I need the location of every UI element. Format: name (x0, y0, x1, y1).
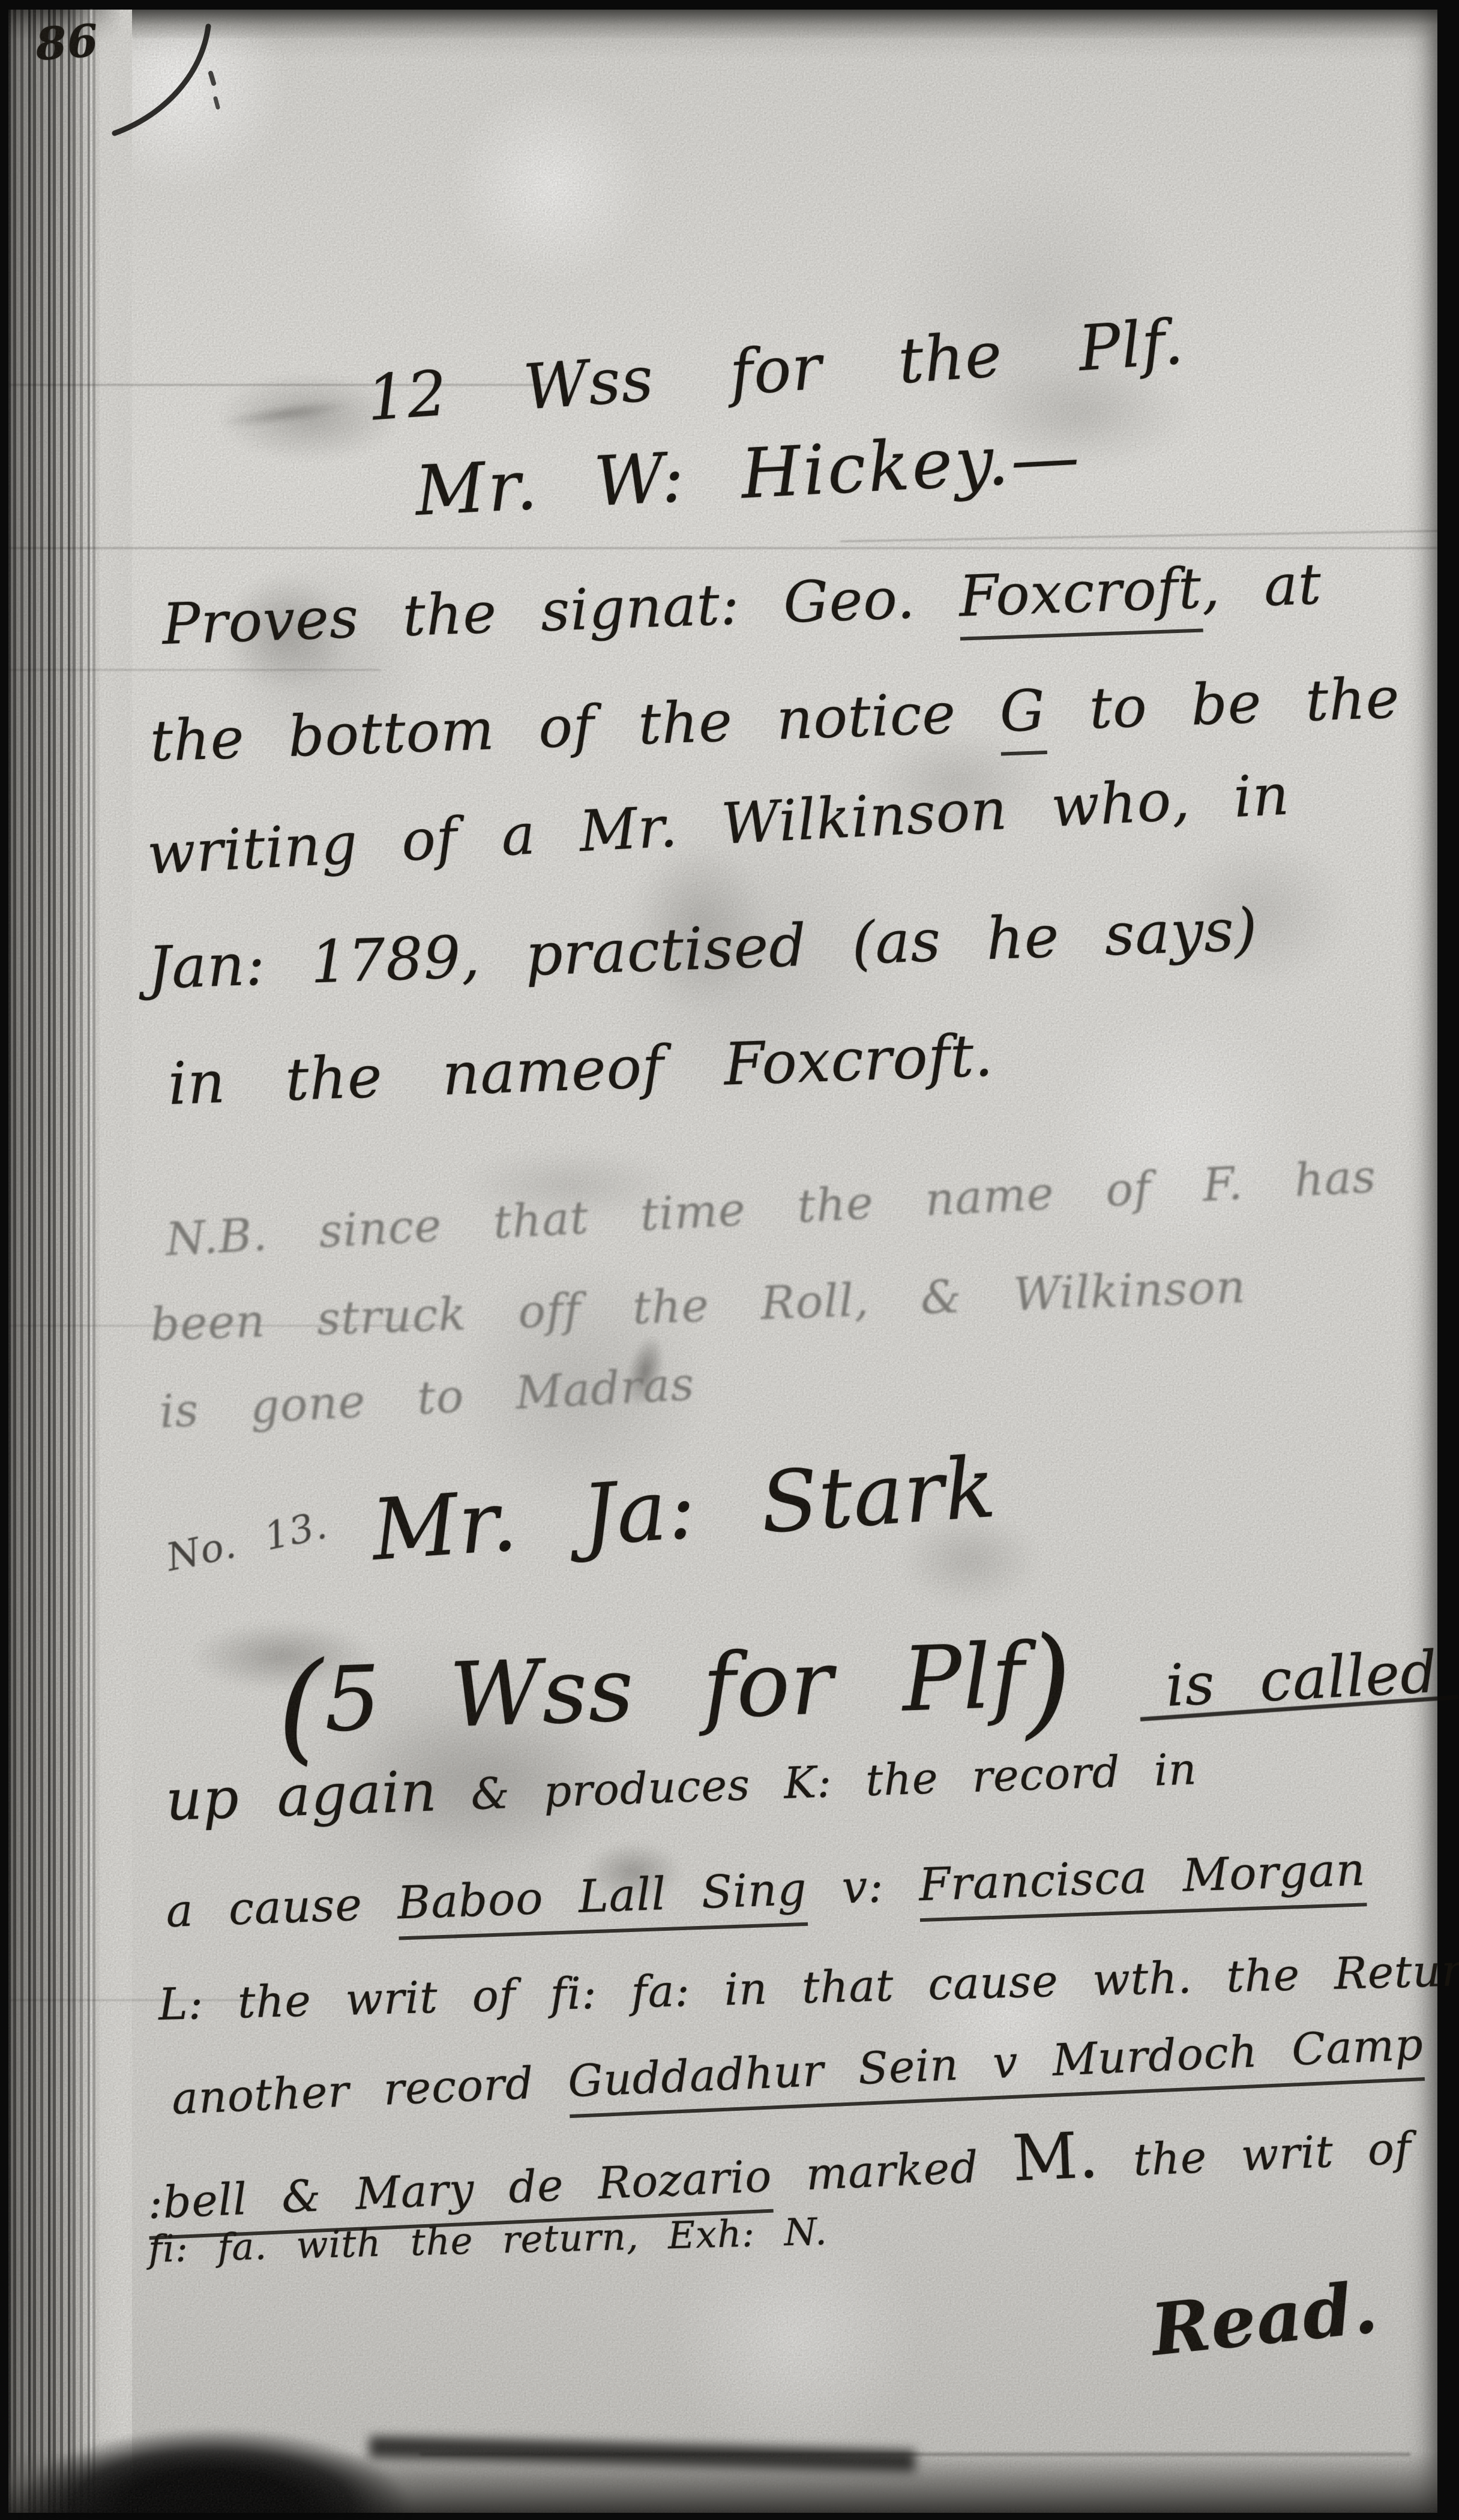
exhibit-mark-M: M. (1011, 2118, 1100, 2195)
text-segment: to be the (1044, 665, 1401, 743)
text-segment: a cause (165, 1877, 399, 1937)
text-segment: up again (164, 1759, 438, 1834)
paren-open: ( (274, 1637, 326, 1778)
text-segment: 5 Wss for Plf (322, 1624, 1027, 1752)
scanned-manuscript-page: 86 12 Wss for the Plf. Mr. W: Hickey.— P… (0, 0, 1459, 2520)
paren-close: ) (1023, 1611, 1075, 1752)
page-number: 86 (34, 19, 100, 67)
underlined-text: G (999, 678, 1047, 756)
text-segment: v: (806, 1858, 920, 1915)
text-segment: marked (771, 2140, 1014, 2201)
scan-streak (8, 669, 381, 671)
scan-top-shadow (8, 10, 1437, 38)
underlined-text: Foxcroft (958, 556, 1203, 641)
text-segment: , at (1200, 552, 1323, 622)
read-annotation: Read. (1148, 2272, 1381, 2366)
scan-streak (8, 547, 1437, 549)
witness-called: is called (1164, 1643, 1439, 1715)
